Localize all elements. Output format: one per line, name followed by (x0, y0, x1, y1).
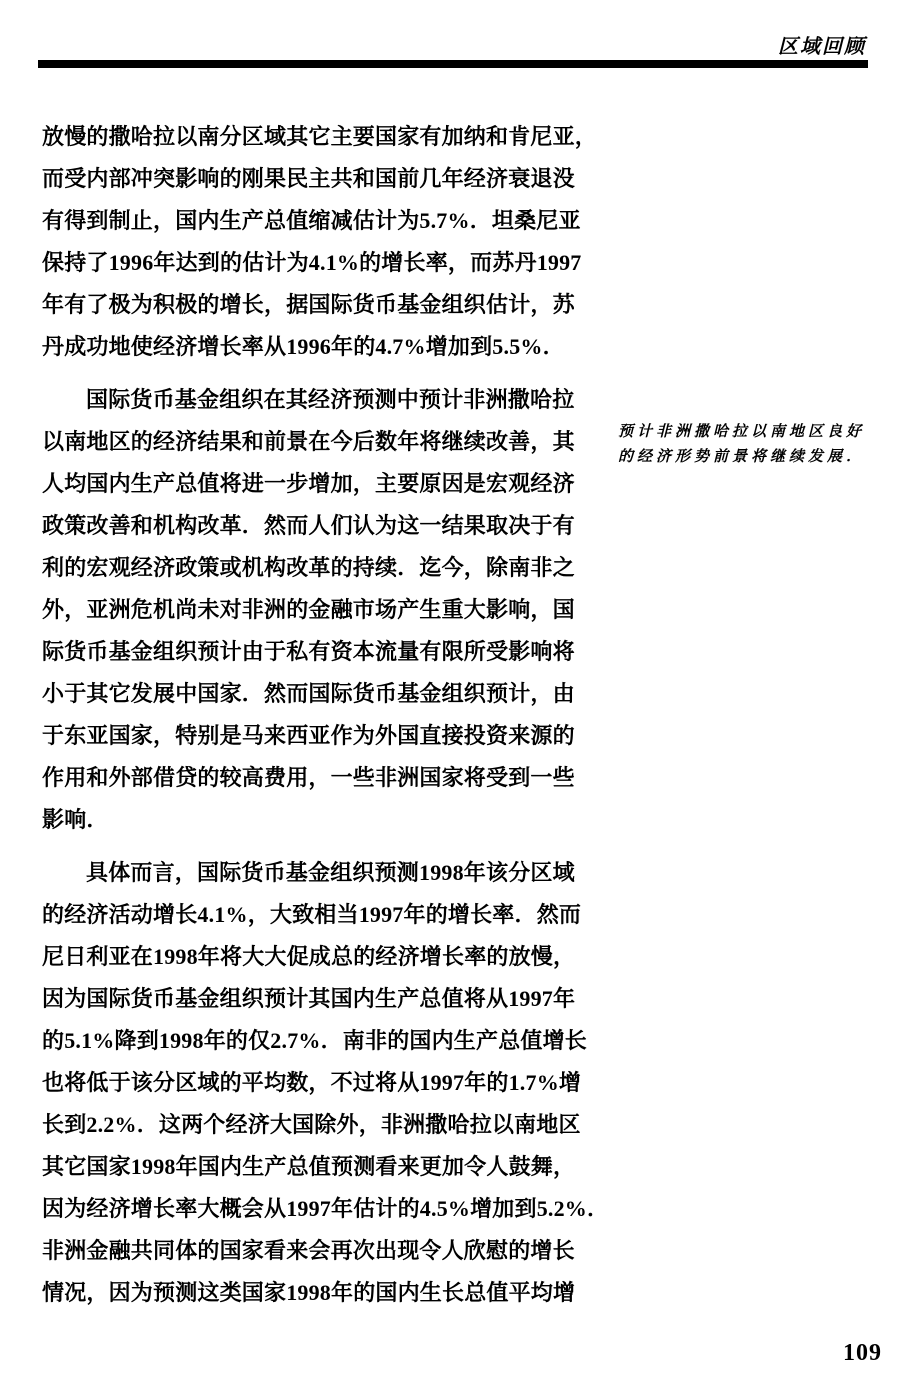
text-line: 于东亚国家，特别是马来西亚作为外国直接投资来源的 (42, 715, 594, 757)
text-line: 保持了1996年达到的估计为4.1%的增长率，而苏丹1997 (42, 242, 594, 284)
body-text: 放慢的撒哈拉以南分区域其它主要国家有加纳和肯尼亚，而受内部冲突影响的刚果民主共和… (42, 116, 594, 1314)
text-line: 政策改善和机构改革．然而人们认为这一结果取决于有 (42, 505, 594, 547)
text-line: 也将低于该分区域的平均数，不过将从1997年的1.7%增 (42, 1062, 594, 1104)
text-line: 长到2.2%．这两个经济大国除外，非洲撒哈拉以南地区 (42, 1104, 594, 1146)
header-rule (38, 60, 868, 68)
text-line: 影响． (42, 799, 594, 841)
text-line: 其它国家1998年国内生产总值预测看来更加令人鼓舞， (42, 1146, 594, 1188)
text-line: 非洲金融共同体的国家看来会再次出现令人欣慰的增长 (42, 1230, 594, 1272)
text-line: 外，亚洲危机尚未对非洲的金融市场产生重大影响，国 (42, 589, 594, 631)
text-line: 际货币基金组织预计由于私有资本流量有限所受影响将 (42, 631, 594, 673)
margin-note: 预计非洲撒哈拉以南地区良好的经济形势前景将继续发展． (618, 420, 874, 470)
paragraph: 国际货币基金组织在其经济预测中预计非洲撒哈拉以南地区的经济结果和前景在今后数年将… (42, 379, 594, 841)
document-page: 区域回顾 放慢的撒哈拉以南分区域其它主要国家有加纳和肯尼亚，而受内部冲突影响的刚… (0, 0, 900, 1400)
text-line: 有得到制止，国内生产总值缩减估计为5.7%．坦桑尼亚 (42, 200, 594, 242)
text-line: 因为国际货币基金组织预计其国内生产总值将从1997年 (42, 978, 594, 1020)
text-line: 的经济活动增长4.1%，大致相当1997年的增长率．然而 (42, 894, 594, 936)
text-line: 利的宏观经济政策或机构改革的持续．迄今，除南非之 (42, 547, 594, 589)
text-line: 作用和外部借贷的较高费用，一些非洲国家将受到一些 (42, 757, 594, 799)
running-head: 区域回顾 (778, 30, 866, 59)
page-number: 109 (843, 1340, 882, 1367)
paragraph: 具体而言，国际货币基金组织预测1998年该分区域的经济活动增长4.1%，大致相当… (42, 852, 594, 1314)
text-line: 的5.1%降到1998年的仅2.7%．南非的国内生产总值增长 (42, 1020, 594, 1062)
text-line: 放慢的撒哈拉以南分区域其它主要国家有加纳和肯尼亚， (42, 116, 594, 158)
text-line: 因为经济增长率大概会从1997年估计的4.5%增加到5.2%． (42, 1188, 594, 1230)
text-line: 丹成功地使经济增长率从1996年的4.7%增加到5.5%． (42, 326, 594, 368)
text-line: 国际货币基金组织在其经济预测中预计非洲撒哈拉 (42, 379, 594, 421)
text-line: 人均国内生产总值将进一步增加，主要原因是宏观经济 (42, 463, 594, 505)
text-line: 情况，因为预测这类国家1998年的国内生长总值平均增 (42, 1272, 594, 1314)
text-line: 小于其它发展中国家．然而国际货币基金组织预计，由 (42, 673, 594, 715)
paragraph: 放慢的撒哈拉以南分区域其它主要国家有加纳和肯尼亚，而受内部冲突影响的刚果民主共和… (42, 116, 594, 368)
text-line: 以南地区的经济结果和前景在今后数年将继续改善，其 (42, 421, 594, 463)
text-line: 具体而言，国际货币基金组织预测1998年该分区域 (42, 852, 594, 894)
text-line: 尼日利亚在1998年将大大促成总的经济增长率的放慢， (42, 936, 594, 978)
text-line: 而受内部冲突影响的刚果民主共和国前几年经济衰退没 (42, 158, 594, 200)
text-line: 年有了极为积极的增长，据国际货币基金组织估计，苏 (42, 284, 594, 326)
